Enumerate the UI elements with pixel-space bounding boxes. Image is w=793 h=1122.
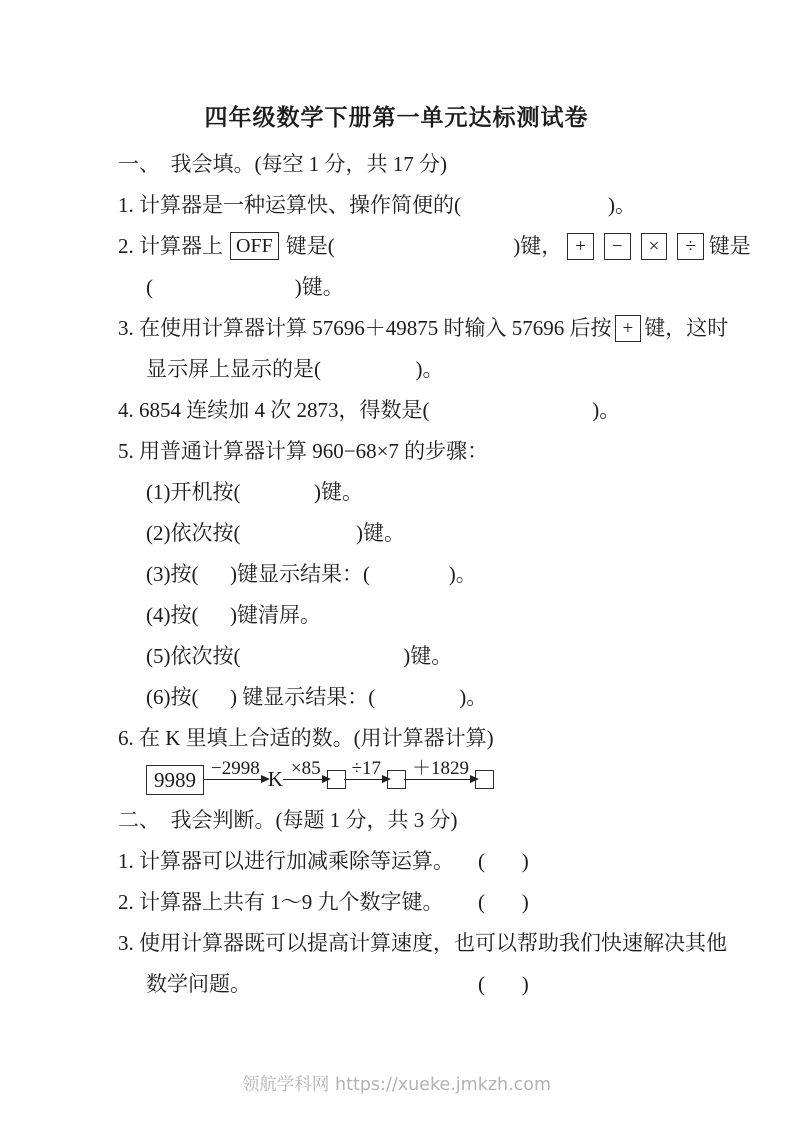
judge-item-3-text-2: 数学问题。 [146, 972, 251, 996]
question-4: 4. 6854 连续加 4 次 2873，得数是( )。 [0, 390, 793, 431]
flow-arrow-3-label: ÷17 [350, 758, 383, 779]
minus-key: − [604, 233, 631, 260]
question-3-text-pre: 3. 在使用计算器计算 57696＋49875 时输入 57696 后按 [118, 316, 612, 340]
question-3-line-2: 显示屏上显示的是( )。 [0, 349, 793, 390]
judge-item-3-line-2: 数学问题。( ) [0, 964, 793, 1005]
judge-item-1-blank: ( ) [478, 841, 529, 882]
question-2-line-1: 2. 计算器上OFF键是( )键，+−×÷键是 [0, 226, 793, 267]
question-5-step-4: (4)按( )键清屏。 [0, 595, 793, 636]
question-5-step-1: (1)开机按( )键。 [0, 472, 793, 513]
arrow-line [344, 779, 389, 789]
judge-item-2-text: 2. 计算器上共有 1～9 九个数字键。 [118, 890, 444, 914]
judge-item-3-line-1: 3. 使用计算器既可以提高计算速度，也可以帮助我们快速解决其他 [0, 923, 793, 964]
flow-arrow-1: −2998 [209, 758, 262, 789]
flow-arrow-2-label: ×85 [289, 758, 323, 779]
question-3-line-1: 3. 在使用计算器计算 57696＋49875 时输入 57696 后按+键，这… [0, 308, 793, 349]
question-5-step-5: (5)依次按( )键。 [0, 636, 793, 677]
flow-start-box: 9989 [146, 765, 204, 795]
judge-item-3-text: 3. 使用计算器既可以提高计算速度，也可以帮助我们快速解决其他 [118, 931, 727, 955]
flow-arrow-1-label: −2998 [209, 758, 262, 779]
question-2-text-post: 键是 [709, 234, 751, 258]
plus-key: + [615, 315, 642, 342]
question-5-step-3: (3)按( )键显示结果：( )。 [0, 554, 793, 595]
judge-item-1-text: 1. 计算器可以进行加减乘除等运算。 [118, 849, 454, 873]
section-2-heading: 二、 我会判断。(每题 1 分，共 3 分) [0, 800, 793, 841]
multiply-key: × [641, 233, 668, 260]
question-2-text-pre: 2. 计算器上 [118, 234, 223, 258]
off-key: OFF [230, 232, 279, 260]
judge-item-2: 2. 计算器上共有 1～9 九个数字键。( ) [0, 882, 793, 923]
arrow-line [203, 779, 268, 789]
question-6-heading: 6. 在 K 里填上合适的数。(用计算器计算) [0, 718, 793, 759]
plus-key: + [567, 233, 594, 260]
arrow-line [283, 779, 329, 789]
flow-arrow-3: ÷17 [350, 758, 383, 789]
divide-key: ÷ [677, 233, 703, 260]
judge-item-2-blank: ( ) [478, 882, 529, 923]
page-title: 四年级数学下册第一单元达标测试卷 [0, 0, 793, 132]
question-5-step-6: (6)按( ) 键显示结果：( )。 [0, 677, 793, 718]
flow-arrow-4: ＋1829 [410, 758, 471, 789]
watermark-footer: 领航学科网 https://xueke.jmkzh.com [0, 1071, 793, 1096]
test-paper: 四年级数学下册第一单元达标测试卷 一、 我会填。(每空 1 分，共 17 分) … [0, 0, 793, 1122]
question-6-flow: 9989 −2998 K ×85 ÷17 ＋1829 [0, 759, 793, 800]
question-3-text-post: 键，这时 [644, 316, 728, 340]
question-2-line-2: ( )键。 [0, 267, 793, 308]
paper-body: 一、 我会填。(每空 1 分，共 17 分) 1. 计算器是一种运算快、操作简便… [0, 144, 793, 1005]
question-2-text-mid: 键是( )键， [286, 234, 563, 258]
question-1: 1. 计算器是一种运算快、操作简便的( )。 [0, 185, 793, 226]
flow-arrow-2: ×85 [289, 758, 323, 789]
section-1-heading: 一、 我会填。(每空 1 分，共 17 分) [0, 144, 793, 185]
question-5-heading: 5. 用普通计算器计算 960−68×7 的步骤： [0, 431, 793, 472]
judge-item-1: 1. 计算器可以进行加减乘除等运算。( ) [0, 841, 793, 882]
judge-item-3-blank: ( ) [478, 964, 529, 1005]
flow-arrow-4-label: ＋1829 [410, 758, 471, 779]
arrow-line [404, 779, 477, 789]
question-5-step-2: (2)依次按( )键。 [0, 513, 793, 554]
